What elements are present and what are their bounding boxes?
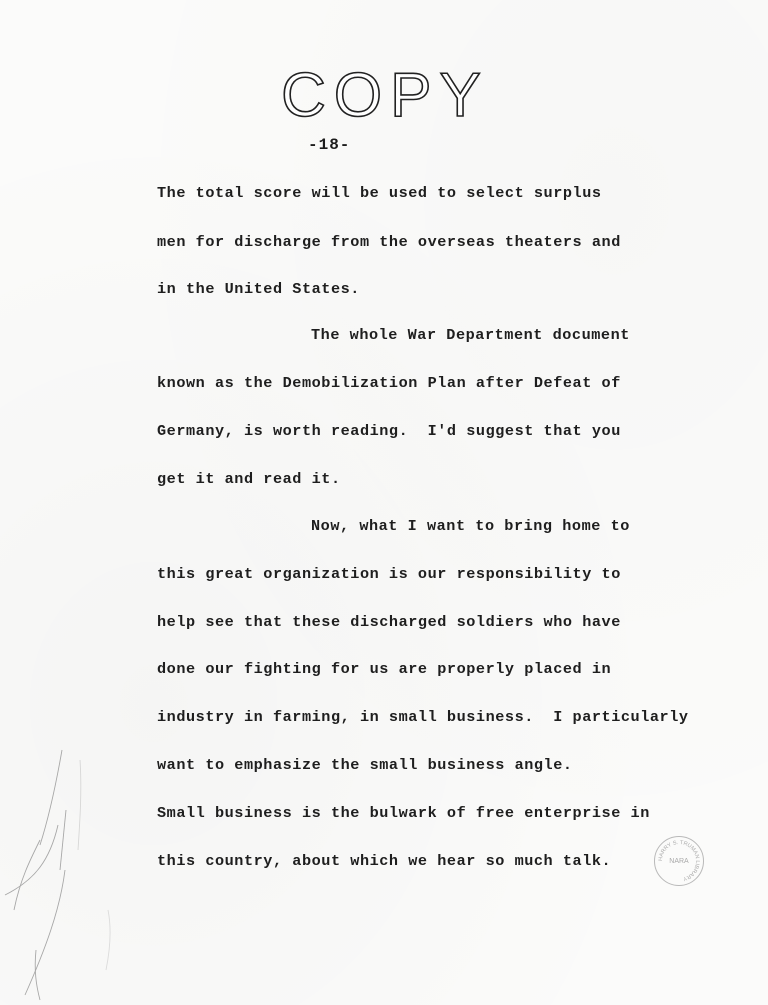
body-line: known as the Demobilization Plan after D… [157,374,621,392]
copy-stamp: COPY [272,64,498,124]
body-line: Small business is the bulwark of free en… [157,804,650,822]
body-line: men for discharge from the overseas thea… [157,233,621,251]
body-line: help see that these discharged soldiers … [157,613,621,631]
library-seal: HARRY S. TRUMAN LIBRARY NARA [654,836,704,886]
seal-ring-text: HARRY S. TRUMAN LIBRARY [658,840,700,882]
margin-pencil-marks [0,730,120,1005]
body-line: Germany, is worth reading. I'd suggest t… [157,422,621,440]
paragraph-start-line: Now, what I want to bring home to [311,517,630,535]
document-page: COPY -18- The total score will be used t… [0,0,768,1005]
body-line: in the United States. [157,280,360,298]
body-line: this great organization is our responsib… [157,565,621,583]
body-line: want to emphasize the small business ang… [157,756,573,774]
paragraph-start-line: The whole War Department document [311,326,630,344]
body-line: done our fighting for us are properly pl… [157,660,611,678]
page-number: -18- [308,136,350,154]
body-line: industry in farming, in small business. … [157,708,689,726]
copy-stamp-text: COPY [281,64,489,124]
body-line: The total score will be used to select s… [157,184,602,202]
svg-text:HARRY S. TRUMAN LIBRARY: HARRY S. TRUMAN LIBRARY [658,840,700,882]
body-line: get it and read it. [157,470,341,488]
body-line: this country, about which we hear so muc… [157,852,611,870]
